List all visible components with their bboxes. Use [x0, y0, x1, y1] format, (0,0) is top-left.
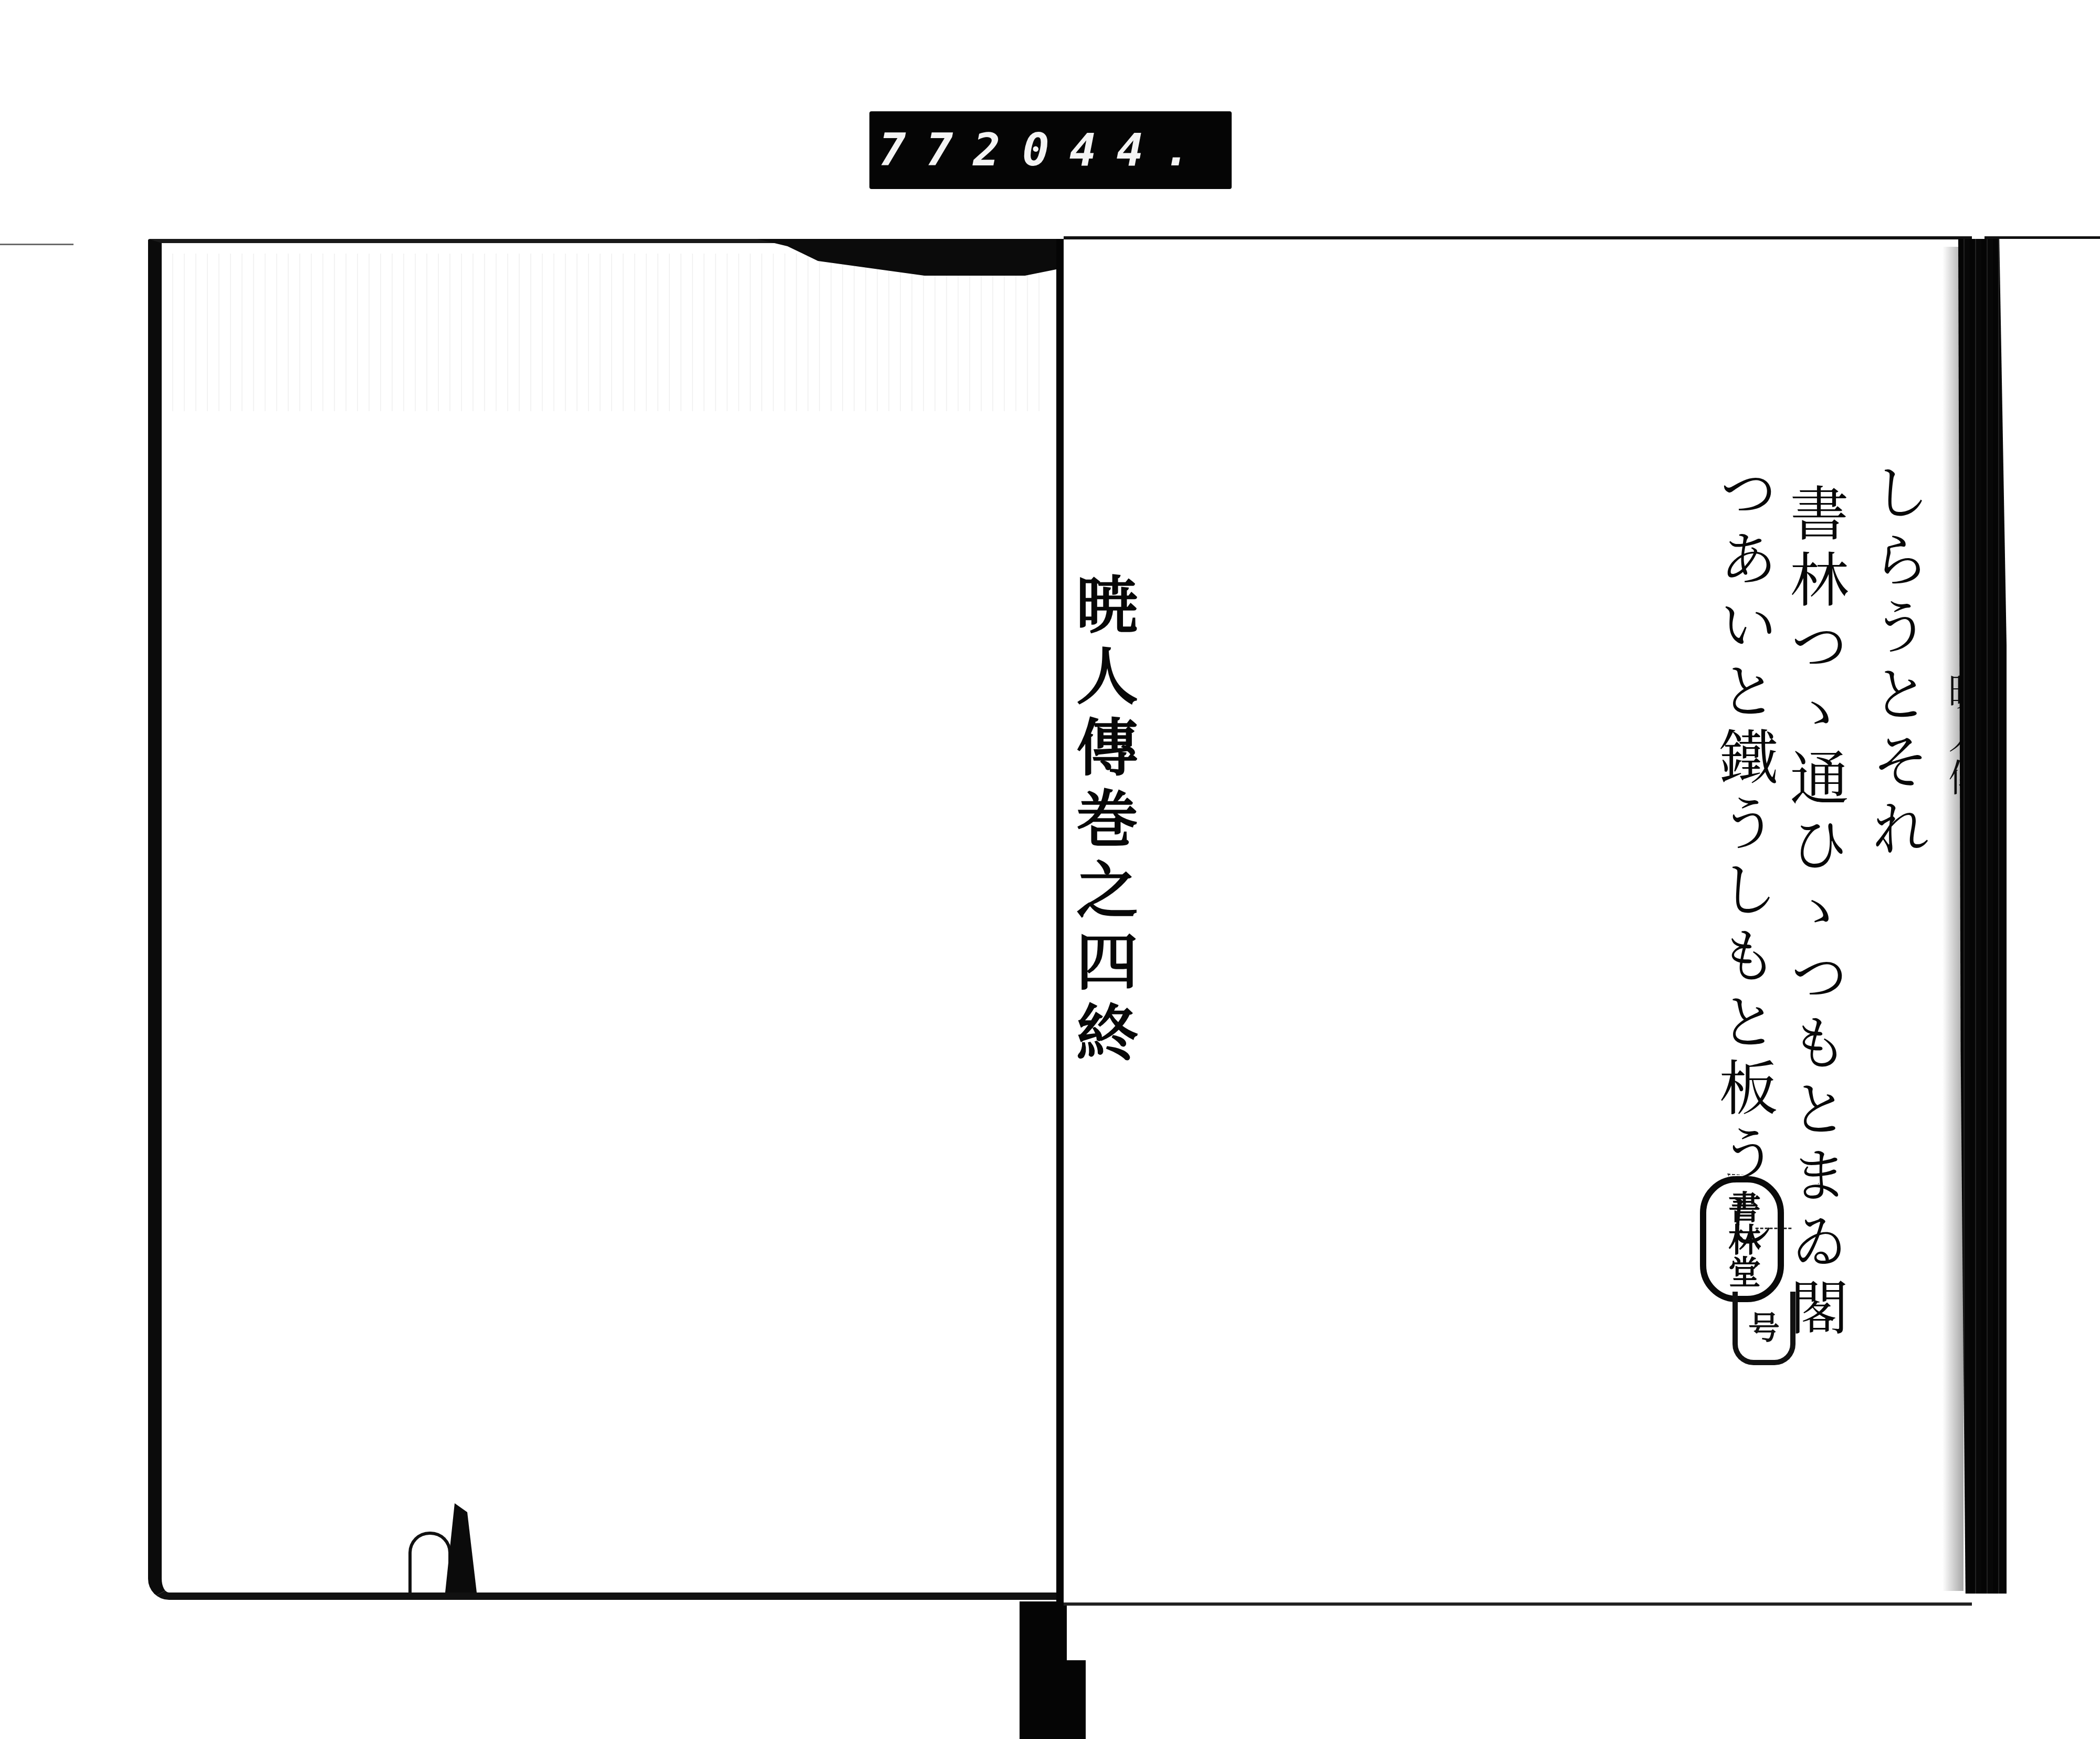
seal-text: 書林堂 — [1719, 1190, 1766, 1288]
left-page — [148, 239, 1062, 1600]
text-column-1: しらうとそれ — [1866, 462, 1925, 865]
call-number-label: 772 044. — [869, 111, 1232, 189]
gutter-tab-lower — [1028, 1660, 1086, 1739]
stray-rule-right — [1984, 236, 2100, 239]
publisher-seal-tail: 号 — [1732, 1292, 1795, 1365]
page-stain-arch — [408, 1532, 451, 1593]
stray-rule-left — [0, 244, 73, 245]
call-number-left: 772 — [879, 124, 1020, 176]
book-gutter — [1056, 239, 1064, 1604]
paper-speckle — [172, 254, 1044, 411]
volume-end-title: 暁人傳巻之四終 — [1071, 572, 1133, 1072]
seal-tail-text: 号 — [1748, 1303, 1780, 1348]
book-fore-edge — [1958, 239, 2007, 1594]
publisher-seal: 書林堂 — [1700, 1176, 1784, 1302]
call-number-right: 044. — [1022, 124, 1211, 176]
text-column-3: つあいと鐵うしもと板うし — [1714, 462, 1773, 1256]
scanned-book-spread: 772 044. 暁人傳巻之四終 しらうとそれ 書林つゝ通ひゝつもとまゐ閣 つあ… — [0, 0, 2100, 1739]
page-stain-bottom — [445, 1503, 477, 1593]
